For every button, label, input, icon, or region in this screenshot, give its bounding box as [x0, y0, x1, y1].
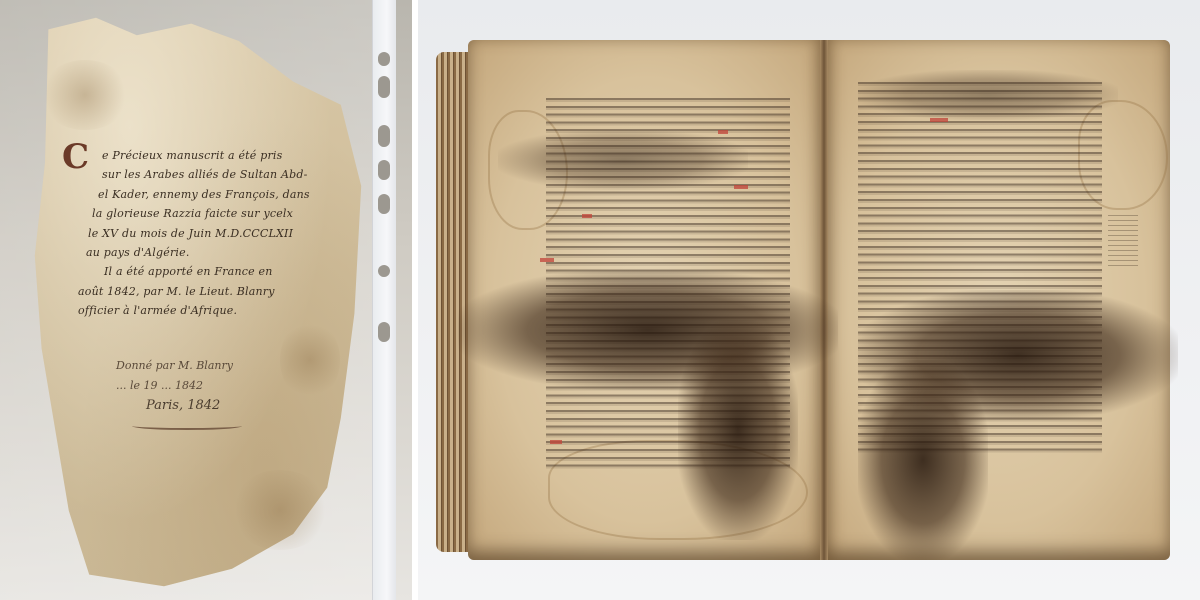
- text-line: el Kader, ennemy des François, dans: [78, 185, 348, 204]
- scorch-mark: [678, 320, 798, 540]
- punch-hole: [378, 52, 390, 66]
- flourish-decoration: [132, 422, 242, 430]
- signature-block: Donné par M. Blanry ... le 19 ... 1842 P…: [96, 356, 336, 416]
- signature-line: Paris, 1842: [96, 396, 336, 416]
- signature-line: Donné par M. Blanry: [96, 356, 336, 376]
- text-line: Il a été apporté en France en: [78, 262, 348, 281]
- red-rubric: [550, 440, 562, 444]
- punch-hole: [378, 265, 390, 277]
- punch-hole: [378, 125, 390, 147]
- right-photo-panel: [418, 0, 1200, 600]
- text-line: sur les Arabes alliés de Sultan Abd-: [78, 165, 348, 184]
- scorch-mark: [858, 70, 1118, 120]
- red-rubric: [582, 214, 592, 218]
- left-photo-panel: C e Précieux manuscrit a été pris sur le…: [0, 0, 412, 600]
- text-line: la glorieuse Razzia faicte sur ycelx: [78, 204, 348, 223]
- scorch-mark: [498, 130, 748, 190]
- punch-hole: [378, 160, 390, 180]
- text-line: au pays d'Algérie.: [78, 243, 348, 262]
- paper-stain: [230, 470, 330, 550]
- marginal-annotation: [1108, 215, 1138, 270]
- text-line: le XV du mois de Juin M.D.CCCLXII: [78, 224, 348, 243]
- signature-line: ... le 19 ... 1842: [96, 376, 336, 396]
- text-line: août 1842, par M. le Lieut. Blanry: [78, 282, 348, 301]
- punch-hole: [378, 194, 390, 214]
- punch-hole: [378, 322, 390, 342]
- text-line: officier à l'armée d'Afrique.: [78, 301, 348, 320]
- provenance-text: e Précieux manuscrit a été pris sur les …: [78, 146, 348, 321]
- text-line: e Précieux manuscrit a été pris: [78, 146, 348, 165]
- scorch-mark: [858, 360, 988, 560]
- punch-hole: [378, 76, 390, 98]
- red-rubric: [540, 258, 554, 262]
- paper-stain: [40, 60, 130, 130]
